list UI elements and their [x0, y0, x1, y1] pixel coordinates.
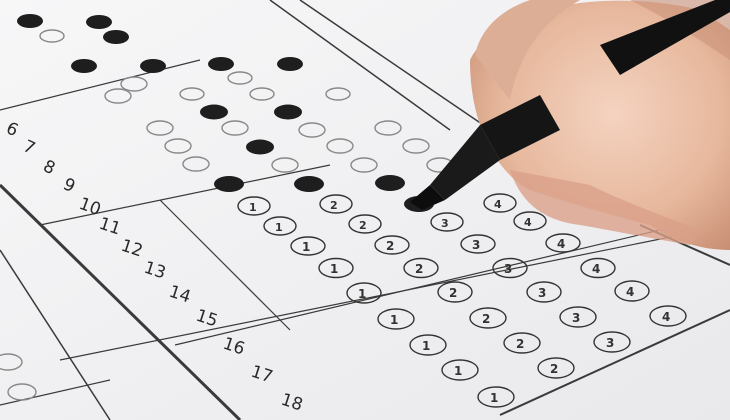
svg-text:2: 2 — [516, 337, 524, 351]
svg-text:4: 4 — [662, 310, 670, 324]
svg-text:4: 4 — [494, 198, 502, 211]
svg-text:2: 2 — [415, 262, 423, 276]
svg-text:1: 1 — [249, 201, 257, 214]
svg-text:2: 2 — [482, 312, 490, 326]
svg-text:4: 4 — [524, 216, 532, 229]
svg-text:1: 1 — [490, 391, 498, 405]
svg-text:1: 1 — [358, 287, 366, 301]
svg-text:1: 1 — [275, 221, 283, 234]
svg-text:2: 2 — [330, 199, 338, 212]
svg-text:3: 3 — [572, 311, 580, 325]
svg-text:1: 1 — [390, 313, 398, 327]
svg-text:2: 2 — [550, 362, 558, 376]
svg-text:1: 1 — [454, 364, 462, 378]
svg-text:3: 3 — [472, 238, 480, 252]
svg-text:2: 2 — [386, 239, 394, 253]
svg-text:3: 3 — [504, 262, 512, 276]
svg-text:4: 4 — [557, 237, 565, 251]
svg-text:4: 4 — [592, 262, 600, 276]
svg-text:2: 2 — [449, 286, 457, 300]
svg-text:2: 2 — [359, 219, 367, 232]
svg-text:3: 3 — [538, 286, 546, 300]
svg-text:3: 3 — [606, 336, 614, 350]
svg-text:4: 4 — [626, 285, 634, 299]
svg-text:1: 1 — [422, 339, 430, 353]
svg-text:3: 3 — [441, 217, 449, 230]
svg-text:1: 1 — [302, 240, 310, 254]
svg-text:1: 1 — [330, 262, 338, 276]
answer-sheet-photo: 6 7 8 9 10 11 12 13 14 15 16 17 18 1 2 — [0, 0, 730, 420]
